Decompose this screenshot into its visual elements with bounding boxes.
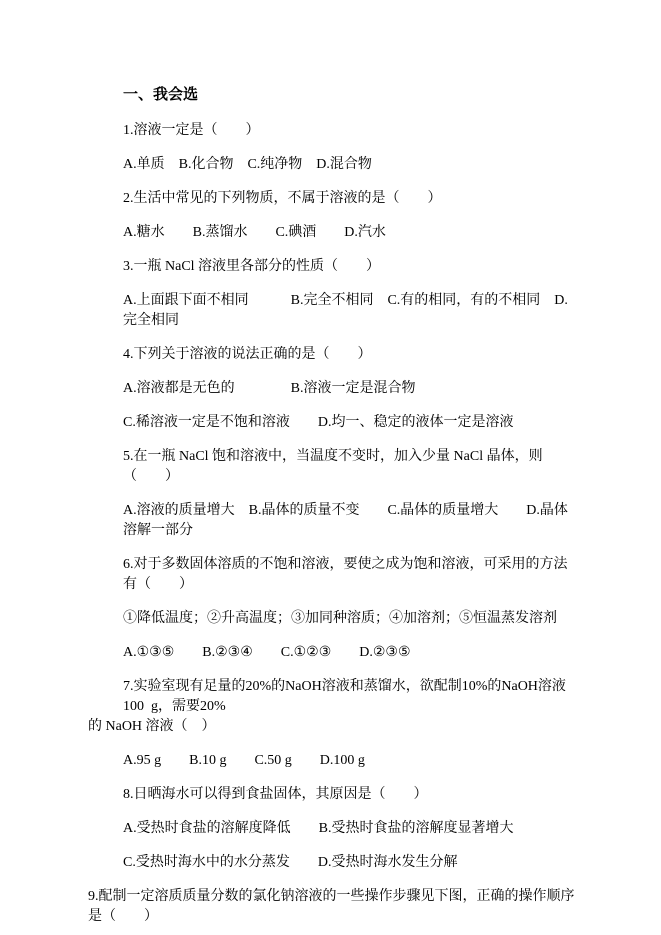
question-4-options-line-2: C.稀溶液一定是不饱和溶液 D.均一、稳定的液体一定是溶液 bbox=[88, 413, 575, 433]
question-8-options-line-1: A.受热时食盐的溶解度降低 B.受热时食盐的溶解度显著增大 bbox=[88, 819, 575, 839]
question-5-stem: 5.在一瓶 NaCl 饱和溶液中，当温度不变时，加入少量 NaCl 晶体，则（ … bbox=[88, 447, 575, 487]
question-4-stem: 4.下列关于溶液的说法正确的是（ ） bbox=[88, 345, 575, 365]
question-8-options-line-2: C.受热时海水中的水分蒸发 D.受热时海水发生分解 bbox=[88, 853, 575, 873]
question-7-options-line: A.95 g B.10 g C.50 g D.100 g bbox=[88, 751, 575, 771]
question-3-options-line: A.上面跟下面不相同 B.完全不相同 C.有的相同，有的不相同 D.完全相同 bbox=[88, 291, 575, 331]
question-6-stem: 6.对于多数固体溶质的不饱和溶液，要使之成为饱和溶液，可采用的方法有（ ） bbox=[88, 555, 575, 595]
question-2-stem: 2.生活中常见的下列物质，不属于溶液的是（ ） bbox=[88, 189, 575, 209]
question-8-stem: 8.日晒海水可以得到食盐固体，其原因是（ ） bbox=[88, 785, 575, 805]
section-heading: 一、我会选 bbox=[88, 84, 575, 104]
question-9-stem: 9.配制一定溶质质量分数的氯化钠溶液的一些操作步骤见下图，正确的操作顺序是（ ） bbox=[88, 887, 575, 927]
question-6-methods-line: ①降低温度；②升高温度；③加同种溶质；④加溶剂；⑤恒温蒸发溶剂 bbox=[88, 609, 575, 629]
question-1-options-line: A.单质 B.化合物 C.纯净物 D.混合物 bbox=[88, 155, 575, 175]
question-1-stem: 1.溶液一定是（ ） bbox=[88, 121, 575, 141]
worksheet-page: 一、我会选 1.溶液一定是（ ） A.单质 B.化合物 C.纯净物 D.混合物 … bbox=[0, 0, 661, 935]
question-4-options-line-1: A.溶液都是无色的 B.溶液一定是混合物 bbox=[88, 379, 575, 399]
question-6-options-line: A.①③⑤ B.②③④ C.①②③ D.②③⑤ bbox=[88, 643, 575, 663]
question-3-stem: 3.一瓶 NaCl 溶液里各部分的性质（ ） bbox=[88, 257, 575, 277]
question-2-options-line: A.糖水 B.蒸馏水 C.碘酒 D.汽水 bbox=[88, 223, 575, 243]
question-7-stem-line-1: 7.实验室现有足量的20%的NaOH溶液和蒸馏水，欲配制10%的NaOH溶液10… bbox=[88, 677, 575, 717]
question-5-options-line: A.溶液的质量增大 B.晶体的质量不变 C.晶体的质量增大 D.晶体溶解一部分 bbox=[88, 501, 575, 541]
question-7-stem-line-2: 的 NaOH 溶液（ ） bbox=[88, 717, 575, 737]
